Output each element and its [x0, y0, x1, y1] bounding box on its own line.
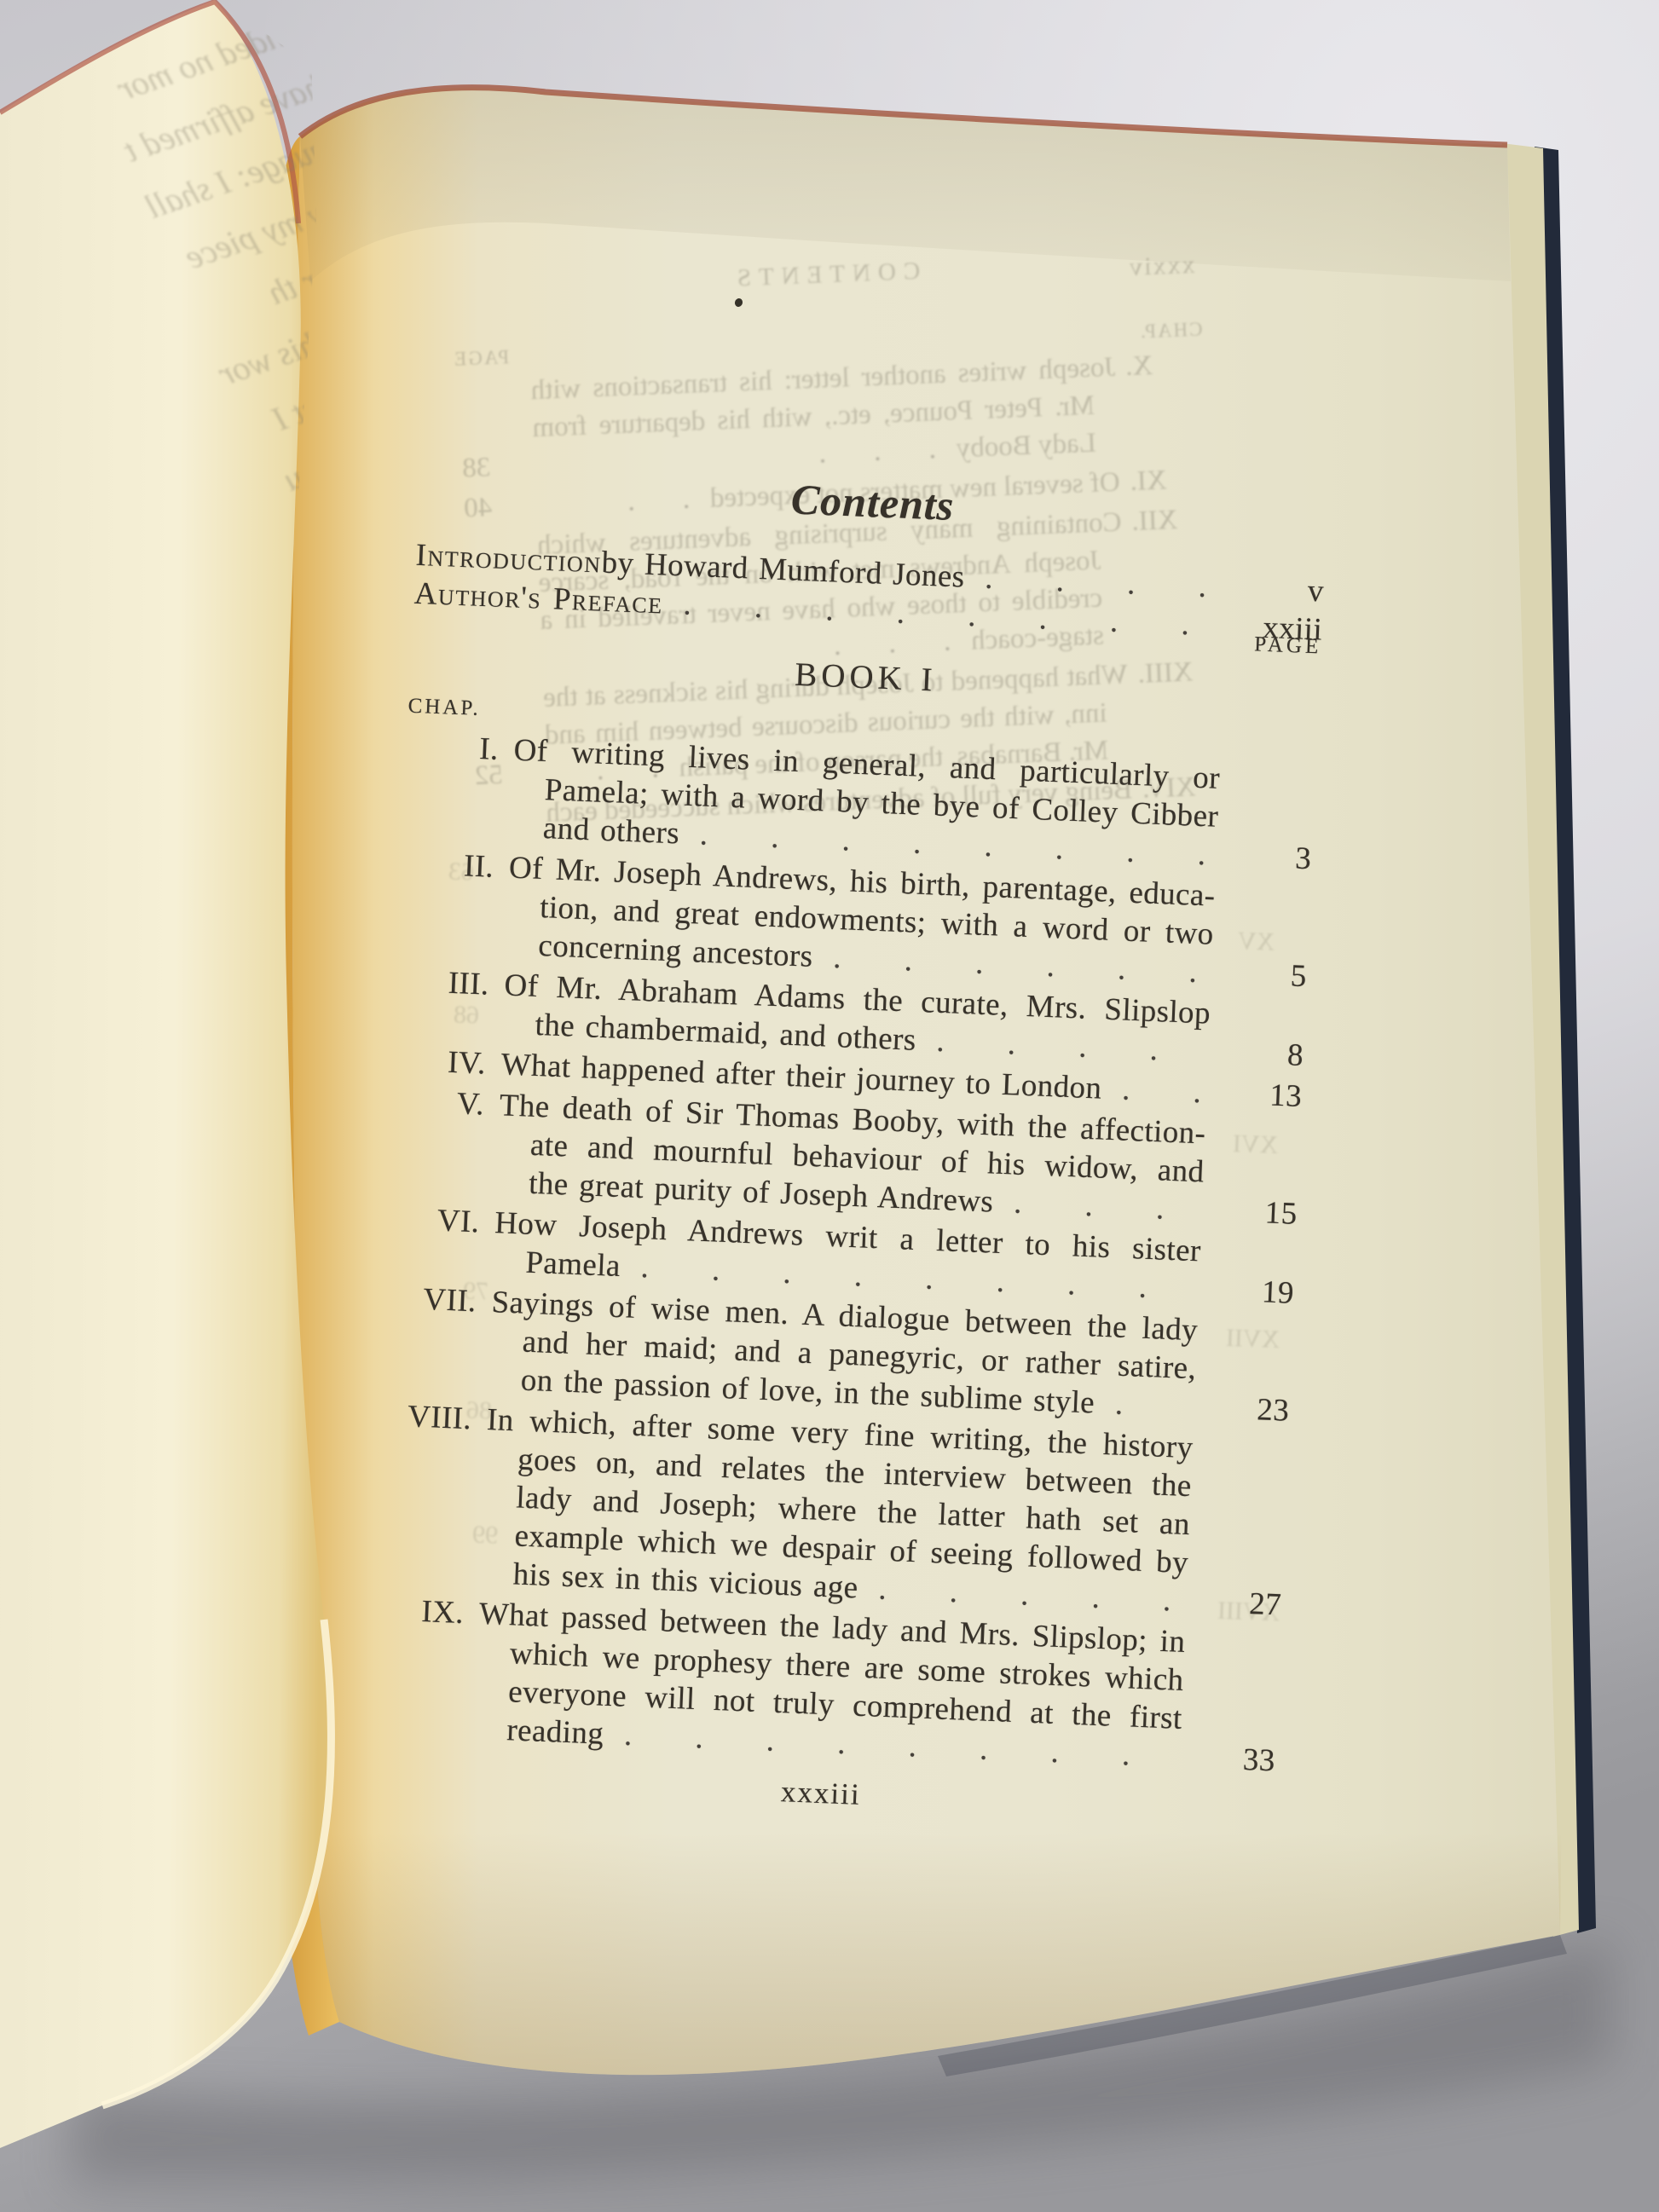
chapter-numeral: IX. — [354, 1590, 480, 1633]
chapter-title-end: Pamela — [525, 1244, 621, 1285]
chapter-title-end: Lady Booby — [956, 424, 1097, 468]
page-number: 3 — [1225, 836, 1312, 878]
toc-entry: VIII.In which, after some very fine writ… — [355, 1395, 1343, 1626]
contents-page-text: PAGE Contents Introduction by Howard Mum… — [347, 465, 1380, 1833]
page-number: v — [1238, 569, 1325, 611]
dot-leader: . . — [1101, 1070, 1217, 1112]
dot-leader: . — [1094, 1384, 1205, 1427]
ghost-folio: xxxiv — [1127, 246, 1195, 286]
page-number: 19 — [1208, 1271, 1295, 1313]
chapter-numeral: II. — [384, 844, 510, 887]
chapter-numeral: III. — [379, 962, 506, 1005]
chapter-numeral: IV. — [376, 1040, 502, 1083]
chapter-numeral: V. — [374, 1081, 500, 1124]
chapter-numeral: VIII. — [361, 1395, 488, 1439]
ghost-page-label: PAGE — [452, 338, 510, 375]
chapter-title-end: and others — [542, 809, 680, 852]
page-number: 33 — [1189, 1738, 1276, 1780]
page-number: 27 — [1195, 1583, 1282, 1625]
dot-leader: . . . . — [992, 1183, 1212, 1230]
page-number: 8 — [1217, 1033, 1304, 1075]
page-number: 13 — [1216, 1074, 1303, 1116]
page-number: 15 — [1211, 1192, 1298, 1233]
page-number: 5 — [1221, 954, 1308, 996]
open-book-photo: AUTHOR'S (for I intended no morwhich I h… — [0, 0, 1659, 2212]
ghost-chap-label: CHAP. — [1138, 311, 1203, 348]
page-number: 23 — [1203, 1389, 1290, 1430]
chapter-numeral: X. — [1114, 345, 1205, 386]
chapter-numeral: VI. — [370, 1198, 496, 1242]
chapter-numeral: I. — [389, 726, 515, 770]
chapter-numeral: VII. — [367, 1278, 493, 1321]
chapter-title-end: reading — [506, 1711, 604, 1753]
page-column-label: PAGE — [1253, 625, 1322, 666]
